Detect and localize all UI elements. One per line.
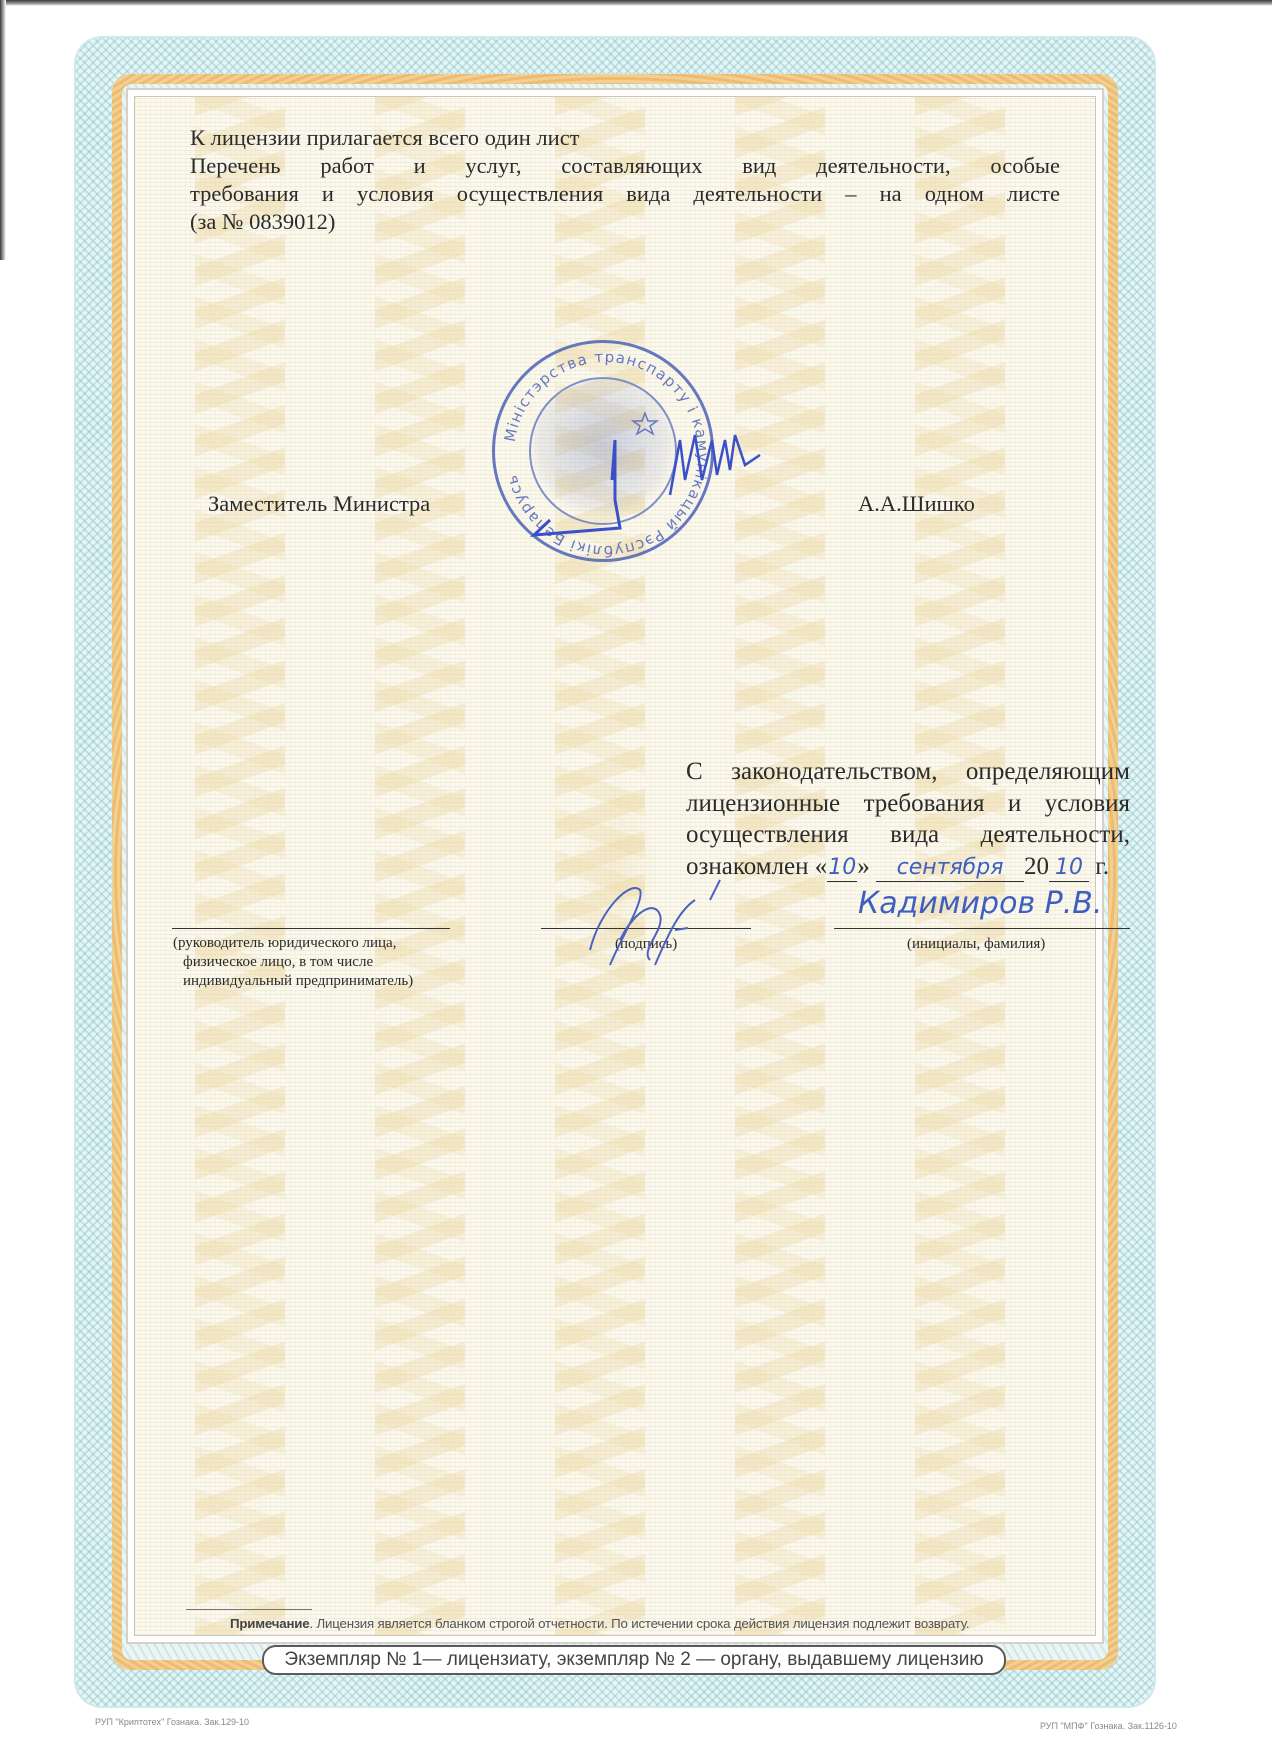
ack-line-3: осуществления вида деятельности, [686,819,1130,851]
name-line[interactable] [834,928,1130,929]
name-caption: (инициалы, фамилия) [907,935,1045,954]
ack-month-field[interactable]: сентября [876,855,1024,882]
attachment-note: К лицензии прилагается всего один лист [190,124,1060,152]
scan-edge-left [0,0,6,260]
footnote-divider [186,1609,312,1610]
signatory-name: А.А.Шишко [858,490,975,518]
licensee-signature [580,870,740,990]
signatory-position: Заместитель Министра [208,490,430,518]
work-list-line-1: Перечень работ и услуг, составляющих вид… [190,152,1060,180]
ack-day-field[interactable]: 10 [827,855,857,882]
license-number-ref: (за № 0839012) [190,208,1060,236]
copies-banner: Экземпляр № 1— лицензиату, экземпляр № 2… [262,1645,1006,1675]
ack-line-2: лицензионные требования и условия [686,788,1130,820]
scan-edge-top [0,0,1272,6]
handwritten-name: Кадимиров Р.В. [858,886,1102,921]
ack-line-4: ознакомлен «10» сентября2010 г. [686,851,1130,883]
printer-imprint-right: РУП "МПФ" Гознака. Зак.1126-10 [1040,1721,1177,1731]
acknowledgement-block: С законодательством, определяющим лиценз… [686,756,1130,882]
printer-imprint-left: РУП "Криптотех" Гознака. Зак.129-10 [95,1717,249,1727]
minister-signature [520,420,820,540]
ack-line-1: С законодательством, определяющим [686,756,1130,788]
role-caption-3: индивидуальный предприниматель) [183,972,413,991]
footnote: Примечание. Лицензия является бланком ст… [230,1616,969,1631]
role-caption-1: (руководитель юридического лица, [173,934,396,953]
role-signature-line [172,928,450,929]
header-block: К лицензии прилагается всего один лист П… [190,124,1060,236]
role-caption-2: физическое лицо, в том числе [183,953,373,972]
work-list-line-2: требования и условия осуществления вида … [190,180,1060,208]
ack-year-field[interactable]: 10 [1049,855,1089,882]
